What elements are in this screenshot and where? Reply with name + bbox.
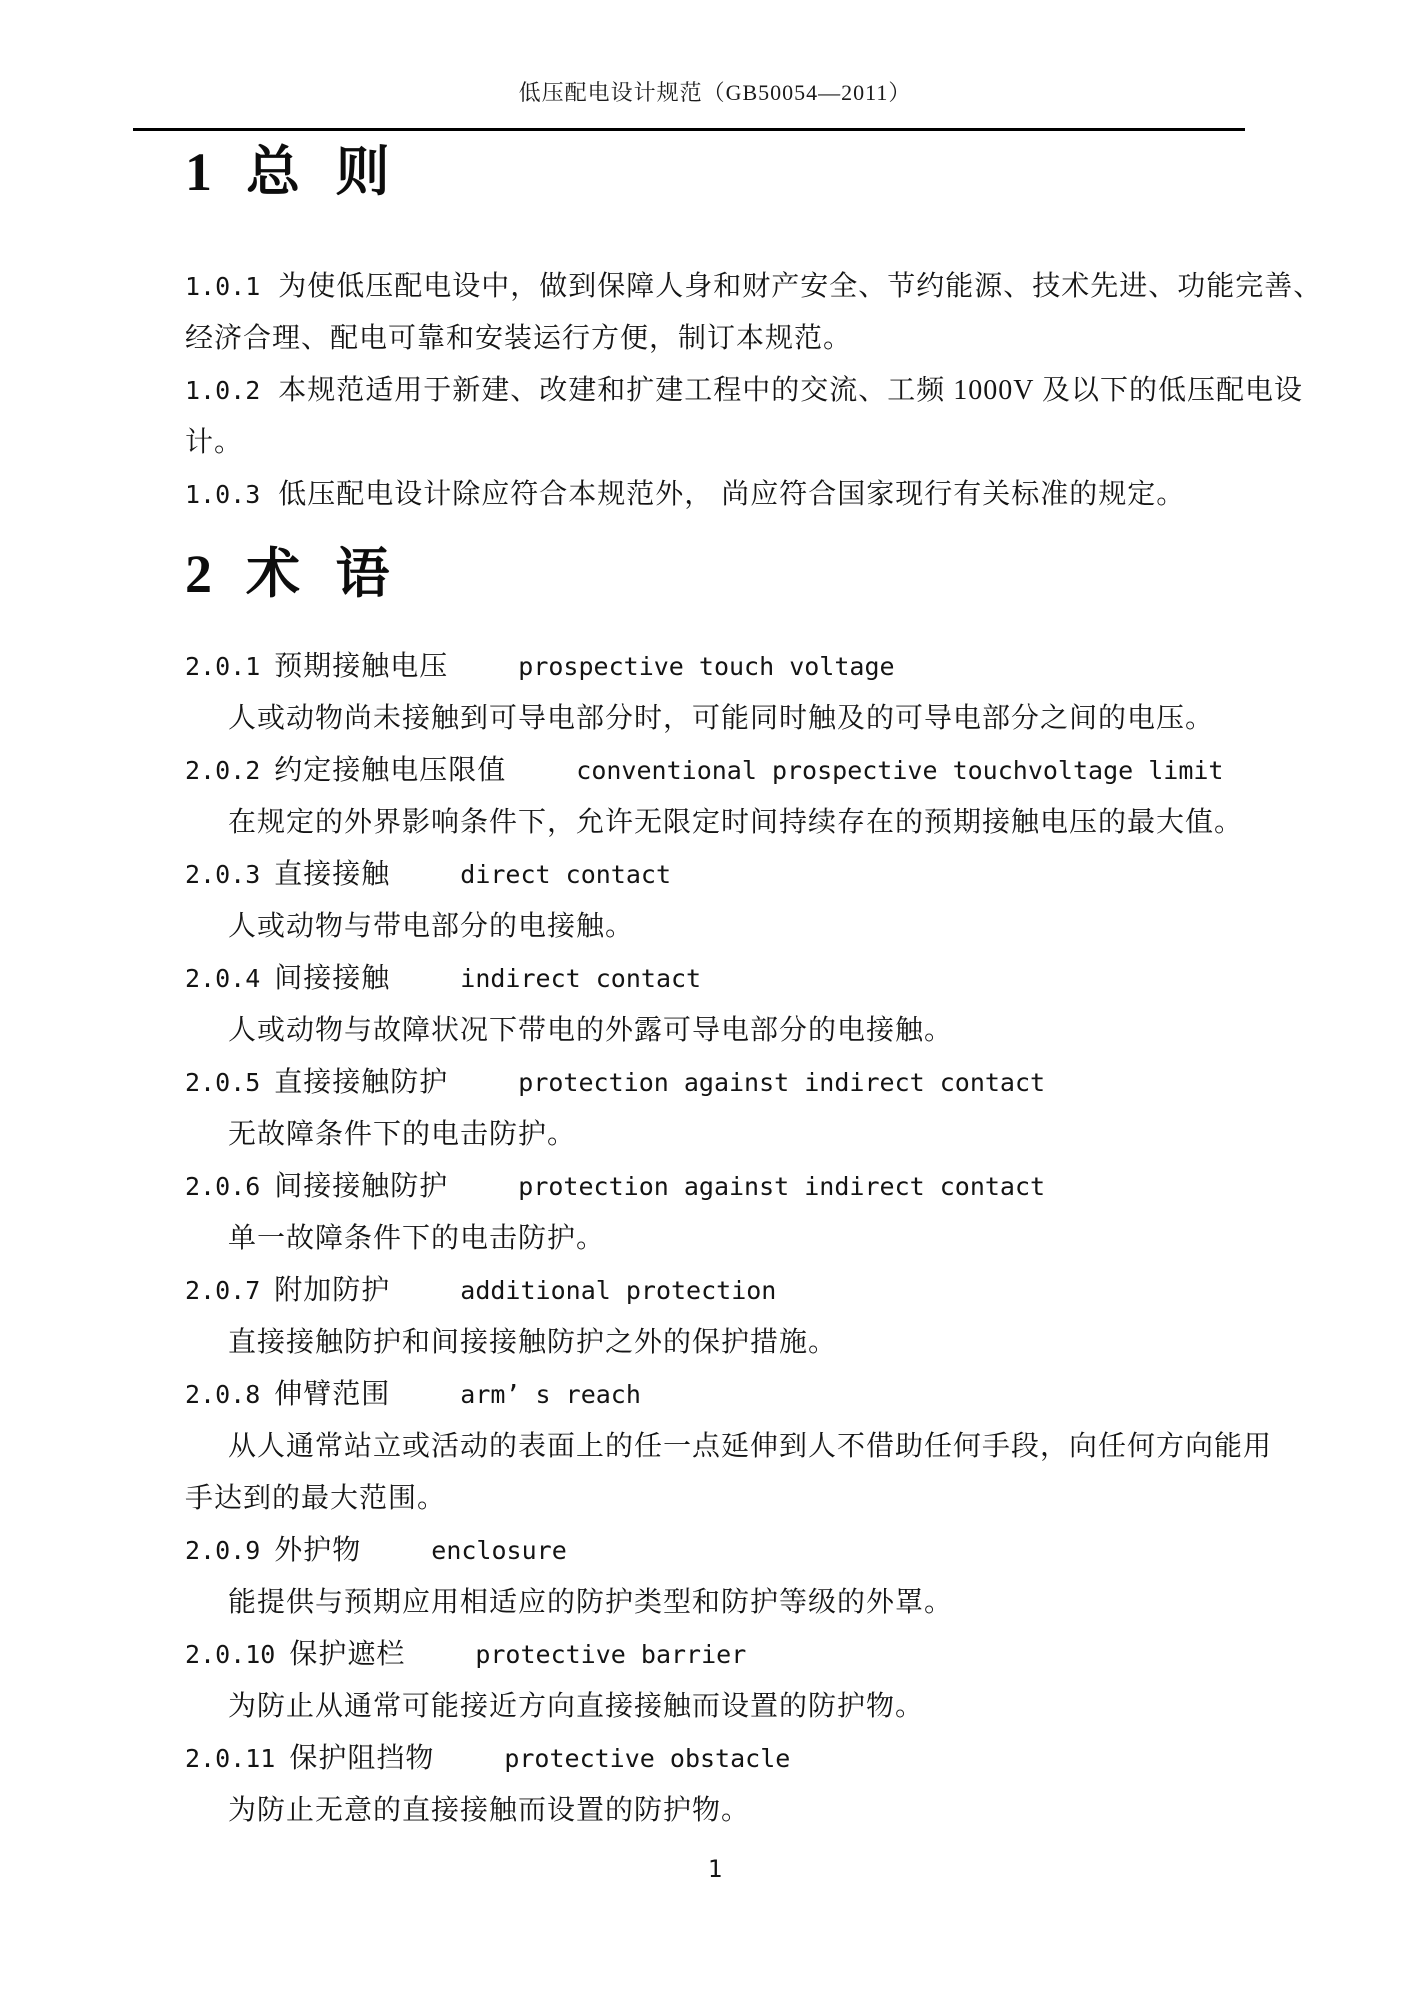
term-line: 2.0.4间接接触indirect contact <box>185 953 1245 1005</box>
term-chinese: 约定接触电压限值 <box>274 755 506 786</box>
page-number: 1 <box>708 1855 722 1883</box>
section-1-heading: 1总 则 <box>185 139 1245 205</box>
definition-line: 为防止从通常可能接近方向直接接触而设置的防护物。 <box>185 1681 1245 1733</box>
document-title: 低压配电设计规范（GB50054—2011） <box>185 78 1245 108</box>
term-number: 2.0.2 <box>185 756 260 785</box>
definition-line: 为防止无意的直接接触而设置的防护物。 <box>185 1785 1245 1837</box>
section-2-title: 术 语 <box>246 544 392 604</box>
term-chinese: 间接接触 <box>274 963 390 994</box>
section-1-title: 总 则 <box>246 142 392 202</box>
clause-number: 1.0.2 <box>185 376 260 405</box>
definition-line: 无故障条件下的电击防护。 <box>185 1109 1245 1161</box>
term-chinese: 附加防护 <box>274 1275 390 1306</box>
term-chinese: 预期接触电压 <box>274 651 448 682</box>
term-english: prospective touch voltage <box>518 652 894 681</box>
term-line: 2.0.3直接接触direct contact <box>185 849 1245 901</box>
term-line: 2.0.5直接接触防护protection against indirect c… <box>185 1057 1245 1109</box>
term-line: 2.0.10保护遮栏protective barrier <box>185 1629 1245 1681</box>
term-number: 2.0.6 <box>185 1172 260 1201</box>
terms-list: 2.0.1预期接触电压prospective touch voltage人或动物… <box>185 641 1245 1837</box>
term-line: 2.0.11保护阻挡物protective obstacle <box>185 1733 1245 1785</box>
term-chinese: 保护阻挡物 <box>289 1743 434 1774</box>
definition-line: 人或动物与带电部分的电接触。 <box>185 901 1245 953</box>
clause-line: 1.0.2本规范适用于新建、改建和扩建工程中的交流、工频 1000V 及以下的低… <box>185 365 1245 417</box>
term-english: protective barrier <box>475 1640 746 1669</box>
term-number: 2.0.10 <box>185 1640 275 1669</box>
page-footer: 1 <box>185 1843 1245 1895</box>
definition-line: 人或动物与故障状况下带电的外露可导电部分的电接触。 <box>185 1005 1245 1057</box>
header-rule <box>133 128 1245 131</box>
definition-line: 人或动物尚未接触到可导电部分时，可能同时触及的可导电部分之间的电压。 <box>185 693 1245 745</box>
term-number: 2.0.3 <box>185 860 260 889</box>
clause-number: 1.0.1 <box>185 272 260 301</box>
term-number: 2.0.4 <box>185 964 260 993</box>
section-2-number: 2 <box>185 544 212 604</box>
definition-line: 单一故障条件下的电击防护。 <box>185 1213 1245 1265</box>
clause-line: 1.0.3低压配电设计除应符合本规范外， 尚应符合国家现行有关标准的规定。 <box>185 469 1245 521</box>
term-english: additional protection <box>460 1276 776 1305</box>
section-1-number: 1 <box>185 142 212 202</box>
clause-text: 本规范适用于新建、改建和扩建工程中的交流、工频 1000V 及以下的低压配电设 <box>278 375 1303 406</box>
term-line: 2.0.2约定接触电压限值conventional prospective to… <box>185 745 1245 797</box>
term-english: protection against indirect contact <box>518 1172 1045 1201</box>
term-number: 2.0.1 <box>185 652 260 681</box>
definition-line: 能提供与预期应用相适应的防护类型和防护等级的外罩。 <box>185 1577 1245 1629</box>
term-english: arm’ s reach <box>460 1380 641 1409</box>
general-rules-list: 1.0.1为使低压配电设中，做到保障人身和财产安全、节约能源、技术先进、功能完善… <box>185 261 1245 521</box>
clause-line: 1.0.1为使低压配电设中，做到保障人身和财产安全、节约能源、技术先进、功能完善… <box>185 261 1245 313</box>
definition-line: 从人通常站立或活动的表面上的任一点延伸到人不借助任何手段，向任何方向能用 <box>185 1421 1245 1473</box>
term-english: conventional prospective touchvoltage li… <box>576 756 1223 785</box>
term-line: 2.0.9外护物enclosure <box>185 1525 1245 1577</box>
term-chinese: 外护物 <box>274 1535 361 1566</box>
clause-text: 低压配电设计除应符合本规范外， 尚应符合国家现行有关标准的规定。 <box>278 479 1185 510</box>
clause-text: 为使低压配电设中，做到保障人身和财产安全、节约能源、技术先进、功能完善、 <box>278 271 1322 302</box>
term-number: 2.0.9 <box>185 1536 260 1565</box>
clause-continuation-line: 计。 <box>185 417 1245 469</box>
term-chinese: 直接接触防护 <box>274 1067 448 1098</box>
term-english: protection against indirect contact <box>518 1068 1045 1097</box>
term-number: 2.0.7 <box>185 1276 260 1305</box>
section-2-heading: 2术 语 <box>185 541 1245 607</box>
definition-line: 在规定的外界影响条件下，允许无限定时间持续存在的预期接触电压的最大值。 <box>185 797 1245 849</box>
document-page: 低压配电设计规范（GB50054—2011） 1总 则 1.0.1为使低压配电设… <box>0 0 1414 2000</box>
term-chinese: 直接接触 <box>274 859 390 890</box>
definition-continuation-line: 手达到的最大范围。 <box>185 1473 1245 1525</box>
definition-line: 直接接触防护和间接接触防护之外的保护措施。 <box>185 1317 1245 1369</box>
term-english: direct contact <box>460 860 671 889</box>
term-english: indirect contact <box>460 964 701 993</box>
term-chinese: 保护遮栏 <box>289 1639 405 1670</box>
term-chinese: 间接接触防护 <box>274 1171 448 1202</box>
term-chinese: 伸臂范围 <box>274 1379 390 1410</box>
term-english: protective obstacle <box>504 1744 790 1773</box>
term-number: 2.0.8 <box>185 1380 260 1409</box>
term-english: enclosure <box>431 1536 566 1565</box>
term-number: 2.0.11 <box>185 1744 275 1773</box>
clause-number: 1.0.3 <box>185 480 260 509</box>
term-number: 2.0.5 <box>185 1068 260 1097</box>
term-line: 2.0.7附加防护additional protection <box>185 1265 1245 1317</box>
clause-continuation-line: 经济合理、配电可靠和安装运行方便，制订本规范。 <box>185 313 1245 365</box>
page-header: 低压配电设计规范（GB50054—2011） <box>185 78 1245 131</box>
term-line: 2.0.6间接接触防护protection against indirect c… <box>185 1161 1245 1213</box>
term-line: 2.0.8伸臂范围arm’ s reach <box>185 1369 1245 1421</box>
term-line: 2.0.1预期接触电压prospective touch voltage <box>185 641 1245 693</box>
